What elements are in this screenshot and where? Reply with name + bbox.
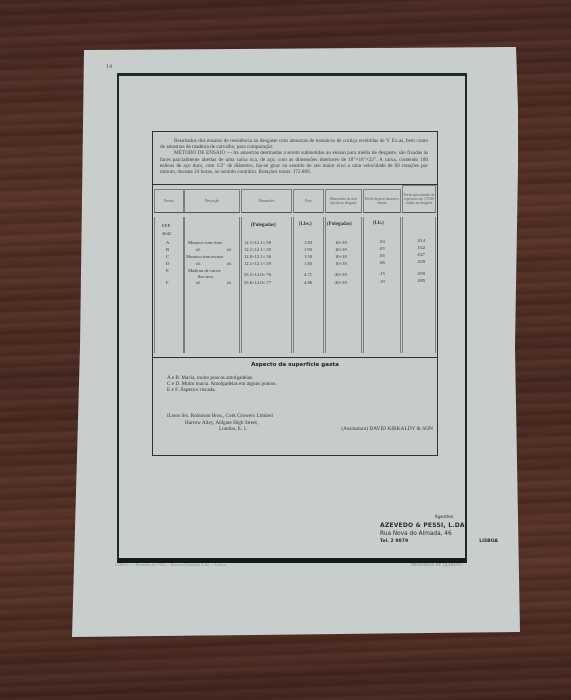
row-b-area: 10×10: [335, 247, 347, 252]
row-a-dim: 12.1×12.1×.59: [244, 240, 271, 245]
col-descricao: [184, 217, 240, 353]
row-c-peso: 1.50: [304, 254, 312, 259]
row-b-desc2: id.: [227, 247, 232, 252]
results-table: Ensaio Descrição Dimensões Peso Dimensõe…: [153, 184, 437, 358]
header-ensaio: Ensaio: [154, 189, 184, 213]
row-e-desc: Madeira de carva-: [188, 268, 221, 273]
header-dimensoes: Dimensões: [241, 189, 292, 213]
row-f-peso: 4.86: [304, 280, 312, 285]
agents-street: Rua Nova do Almada, 46: [380, 531, 498, 537]
test-ref-1: EEE: [162, 223, 170, 228]
row-d-perda: .06: [379, 260, 385, 265]
row-c-ensaio: C: [166, 254, 169, 259]
row-f-perda: .19: [379, 279, 385, 284]
row-f-desc2: id.: [227, 280, 232, 285]
row-b-peso: 1.93: [304, 247, 312, 252]
address-line: Il.mos Srs. Robinson Bros., Cork Growers…: [167, 413, 273, 420]
unit-peso: (Lbs.): [299, 222, 312, 227]
aspect-line: E e F. Áspera e riscada.: [167, 387, 437, 393]
row-b-desc: id.: [196, 247, 201, 252]
header-area: Dimensões da área sujeita ao desgaste: [325, 189, 362, 213]
header-espessura: Perda aproximada de espessura em 1/1000 …: [402, 185, 436, 213]
row-c-area: 10×10: [335, 254, 347, 259]
illustrator-credit: DESENHOS DE QUIRINO: [411, 562, 462, 567]
row-c-perda: .05: [379, 253, 385, 258]
test-ref-2: 4642: [162, 231, 171, 236]
row-f-desc: id.: [196, 280, 201, 285]
print-info: 2.500 ex. — Fevereiro de 1944 — Bertrand…: [115, 562, 226, 567]
agents-name: AZEVEDO & PESSI, L.DA: [380, 522, 498, 529]
row-b-perda: .05: [379, 246, 385, 251]
address-line: London, E. 1.: [167, 426, 273, 433]
col-dimensoes: [241, 217, 292, 353]
unit-perda: (Lb.): [373, 221, 384, 226]
row-e-dim: 23.5×12.0×.76: [244, 272, 271, 277]
agents-contact: Tel. 2 9879 LISBOA: [380, 539, 498, 544]
row-e-esp: .059: [417, 271, 425, 276]
aspect-title: Aspecto da superfície gasta: [153, 362, 437, 368]
address-line: Harrow Alley, Aldgate High Street,: [167, 420, 273, 427]
row-a-area: 10×10: [335, 240, 347, 245]
row-d-dim: 12.1×12.1×.59: [244, 261, 271, 266]
row-a-ensaio: A: [166, 240, 169, 245]
col-peso: [293, 217, 324, 353]
row-d-area: 10×10: [335, 261, 347, 266]
intro-paragraph: Resultados dos ensaios de resistência ao…: [160, 138, 428, 150]
row-d-peso: 1.83: [304, 261, 312, 266]
col-area: [325, 217, 362, 353]
row-f-dim: 23.6×12.0×.77: [244, 280, 271, 285]
col-ensaio: [154, 217, 184, 353]
row-f-esp: .085: [417, 278, 425, 283]
row-c-desc: Mosaico tom escuro: [186, 254, 223, 259]
row-a-esp: .014: [417, 238, 425, 243]
col-perda: [363, 217, 401, 353]
row-b-ensaio: B: [166, 247, 169, 252]
method-title: MÉTODO DE ENSAIO: [174, 150, 225, 156]
row-a-perda: .03: [379, 239, 385, 244]
row-f-ensaio: F: [166, 280, 169, 285]
recipient-address: Il.mos Srs. Robinson Bros., Cork Growers…: [167, 413, 273, 433]
row-d-ensaio: D: [166, 261, 169, 266]
header-perda: Perda de peso durante o ensaio: [363, 189, 401, 213]
row-a-peso: 1.83: [304, 240, 312, 245]
report-box: Resultados dos ensaios de resistência ao…: [152, 131, 438, 456]
row-a-desc: Mosaico tom claro: [188, 240, 222, 245]
intro-text: Resultados dos ensaios de resistência ao…: [160, 138, 428, 175]
row-e-perda: .15: [379, 271, 385, 276]
row-f-area: 20×10: [335, 280, 347, 285]
row-e-peso: 4.71: [304, 272, 312, 277]
header-descricao: Descrição: [184, 189, 240, 213]
aspect-section: Aspecto da superfície gasta A e B. Macia…: [153, 357, 437, 394]
row-d-desc: id.: [196, 261, 201, 266]
row-b-esp: .022: [417, 245, 425, 250]
unit-area: (Polegadas): [327, 222, 352, 227]
row-e-area: 20×10: [335, 272, 347, 277]
method-paragraph: MÉTODO DE ENSAIO — As amostras destinada…: [160, 150, 428, 175]
row-d-desc2: id.: [227, 261, 232, 266]
row-b-dim: 12.1×12.1×.59: [244, 247, 271, 252]
header-peso: Peso: [293, 189, 324, 213]
aspect-lines: A e B. Macia, muito poucas amolgadelas. …: [167, 375, 437, 394]
row-d-esp: .029: [417, 259, 425, 264]
row-c-esp: .027: [417, 252, 425, 257]
page-number: 14: [106, 64, 112, 70]
agents-block: Agentes AZEVEDO & PESSI, L.DA Rua Nova d…: [380, 515, 498, 544]
signature: (Assinatura) DAVID KIRKALDY & SON: [341, 426, 433, 432]
agents-city: LISBOA: [479, 539, 498, 544]
agents-tel: Tel. 2 9879: [380, 539, 408, 544]
row-e-desc2: lho seca: [198, 274, 213, 279]
unit-dimensoes: (Polegadas): [251, 223, 276, 228]
row-e-ensaio: E: [166, 268, 169, 273]
row-c-dim: 12.0×12.1×.56: [244, 254, 271, 259]
agents-label: Agentes: [390, 515, 498, 520]
